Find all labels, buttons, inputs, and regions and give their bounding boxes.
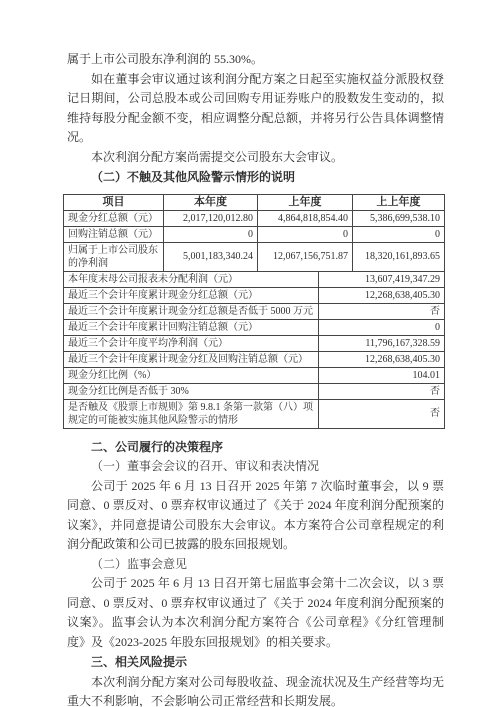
table-row-listing-rule-981: 是否触及《股票上市规则》第 9.8.1 条第一款第（八）项规定的可能被实施其他风… (64, 399, 445, 428)
table-cell-value: 12,268,638,405.30 (319, 287, 445, 303)
table-cell-label: 最近三个会计年度平均净利润（元） (64, 335, 319, 351)
table-row-3yr-dividend-below-50m: 最近三个会计年度累计现金分红总额是否低于 5000 万元 否 (64, 303, 445, 319)
table-cell-current: 2,017,120,012.80 (164, 210, 258, 226)
table-row-cash-dividend-total: 现金分红总额（元） 2,017,120,012.80 4,864,818,854… (64, 210, 445, 226)
table-cell-label: 回购注销总额（元） (64, 226, 164, 242)
table-header-prior2-year: 上上年度 (353, 194, 445, 210)
paragraph-board-meeting: 公司于 2025 年 6 月 13 日召开 2025 年第 7 次临时董事会，以… (67, 477, 444, 555)
table-cell-current: 5,001,183,340.24 (164, 242, 258, 271)
table-cell-prior: 4,864,818,854.40 (258, 210, 353, 226)
table-cell-label: 本年度末母公司报表未分配利润（元） (64, 271, 319, 287)
table-cell-label: 现金分红总额（元） (64, 210, 164, 226)
table-row-cash-dividend-ratio: 现金分红比例（%） 104.01 (64, 367, 445, 383)
table-cell-prior2: 5,386,699,538.10 (353, 210, 445, 226)
table-cell-value: 12,268,638,405.30 (319, 351, 445, 367)
table-row-parent-undistributed-profit: 本年度末母公司报表未分配利润（元） 13,607,419,347.29 (64, 271, 445, 287)
table-cell-prior2: 0 (353, 226, 445, 242)
table-cell-label: 最近三个会计年度累计回购注销总额（元） (64, 319, 319, 335)
table-header-row: 项目 本年度 上年度 上上年度 (64, 194, 445, 210)
table-cell-value: 11,796,167,328.59 (319, 335, 445, 351)
table-header-prior-year: 上年度 (258, 194, 353, 210)
table-cell-value: 否 (319, 383, 445, 399)
table-row-3yr-cash-dividend-total: 最近三个会计年度累计现金分红总额（元） 12,268,638,405.30 (64, 287, 445, 303)
table-row-net-profit-attributable: 归属于上市公司股东的净利润 5,001,183,340.24 12,067,15… (64, 242, 445, 271)
table-cell-value: 否 (319, 399, 445, 428)
paragraph-risk-notice: 本次利润分配方案对公司每股收益、现金流状况及生产经营等均无重大不利影响，不会影响… (67, 673, 444, 707)
intro-paragraph-adjustment: 如在董事会审议通过该利润分配方案之日起至实施权益分派股权登记日期间，公司总股本或… (67, 70, 444, 148)
subsection-heading-supervisory-opinion: （二）监事会意见 (67, 555, 444, 575)
section-heading-risk-notice: 三、相关风险提示 (67, 653, 444, 673)
table-cell-prior2: 18,320,161,893.65 (353, 242, 445, 271)
table-row-buyback-cancel-total: 回购注销总额（元） 0 0 0 (64, 226, 445, 242)
table-header-current-year: 本年度 (164, 194, 258, 210)
table-cell-prior: 0 (258, 226, 353, 242)
intro-paragraph-submission: 本次利润分配方案尚需提交公司股东大会审议。 (67, 148, 444, 168)
section-heading-decision-procedure: 二、公司履行的决策程序 (67, 438, 444, 458)
table-row-3yr-buyback-cancel-total: 最近三个会计年度累计回购注销总额（元） 0 (64, 319, 445, 335)
table-cell-value: 13,607,419,347.29 (319, 271, 445, 287)
table-cell-label: 最近三个会计年度累计现金分红总额（元） (64, 287, 319, 303)
paragraph-supervisory-opinion: 公司于 2025 年 6 月 13 日召开第七届监事会第十二次会议，以 3 票同… (67, 574, 444, 652)
intro-continuation-line: 属于上市公司股东净利润的 55.30%。 (67, 50, 444, 70)
document-page: 属于上市公司股东净利润的 55.30%。 如在董事会审议通过该利润分配方案之日起… (0, 0, 500, 707)
table-cell-label: 最近三个会计年度累计现金分红总额是否低于 5000 万元 (64, 303, 319, 319)
table-cell-label: 是否触及《股票上市规则》第 9.8.1 条第一款第（八）项规定的可能被实施其他风… (64, 399, 319, 428)
table-cell-label: 现金分红比例（%） (64, 367, 319, 383)
table-row-ratio-below-30pct: 现金分红比例是否低于 30% 否 (64, 383, 445, 399)
table-cell-value: 否 (319, 303, 445, 319)
table-cell-value: 104.01 (319, 367, 445, 383)
table-cell-current: 0 (164, 226, 258, 242)
table-row-3yr-dividend-and-buyback: 最近三个会计年度累计现金分红及回购注销总额（元） 12,268,638,405.… (64, 351, 445, 367)
section-heading-no-warning: （二）不触及其他风险警示情形的说明 (67, 168, 444, 188)
table-cell-prior: 12,067,156,751.87 (258, 242, 353, 271)
dividend-table: 项目 本年度 上年度 上上年度 现金分红总额（元） 2,017,120,012.… (63, 194, 445, 429)
subsection-heading-board-meeting: （一）董事会会议的召开、审议和表决情况 (67, 457, 444, 477)
table-cell-label: 归属于上市公司股东的净利润 (64, 242, 164, 271)
table-header-item: 项目 (64, 194, 164, 210)
table-row-3yr-average-net-profit: 最近三个会计年度平均净利润（元） 11,796,167,328.59 (64, 335, 445, 351)
table-cell-value: 0 (319, 319, 445, 335)
table-cell-label: 最近三个会计年度累计现金分红及回购注销总额（元） (64, 351, 319, 367)
table-cell-label: 现金分红比例是否低于 30% (64, 383, 319, 399)
